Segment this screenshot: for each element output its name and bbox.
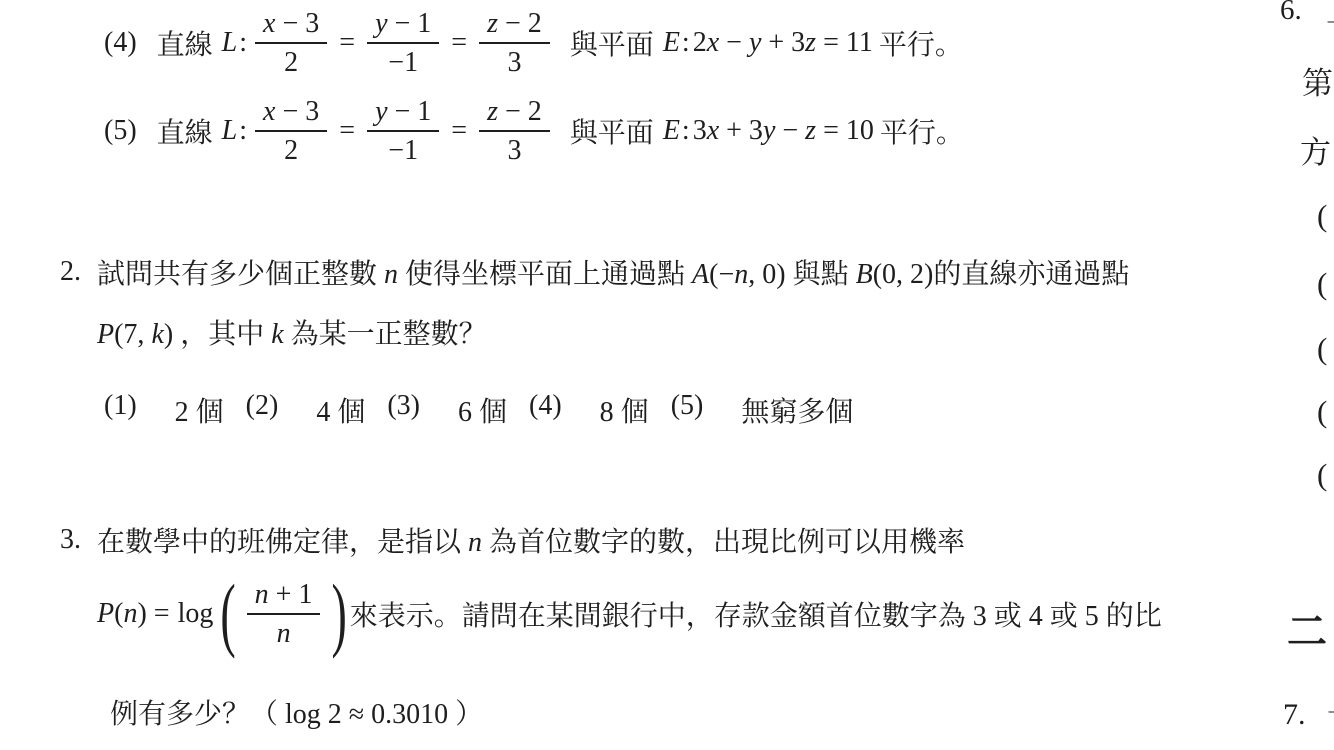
plane-variable: E bbox=[663, 115, 680, 147]
option-2: (2)4 個 bbox=[246, 390, 366, 430]
option-4-number: (4) bbox=[529, 390, 562, 430]
colon: : bbox=[682, 27, 690, 59]
option-1-number: (1) bbox=[104, 390, 137, 430]
fraction-numerator: y − 1 bbox=[367, 96, 439, 132]
fraction-y: y − 1−1 bbox=[367, 96, 439, 167]
question-2-options: (1)2 個 (2)4 個 (3)6 個 (4)8 個 (5)無窮多個 bbox=[104, 390, 875, 430]
fraction-numerator: x − 3 bbox=[255, 8, 327, 44]
item-5-middle-text: 與平面 bbox=[570, 111, 654, 151]
option-2-number: (2) bbox=[246, 390, 279, 430]
next-column-option-paren-3: ( bbox=[1317, 331, 1327, 367]
fraction-benford: n + 1n bbox=[247, 579, 321, 650]
equals-sign: = bbox=[451, 115, 467, 147]
question-3-hint: 例有多少？（ log 2 ≈ 0.3010 ） bbox=[110, 692, 483, 732]
next-column-clipped-char-top: 一 bbox=[1326, 2, 1334, 43]
colon: : bbox=[239, 27, 247, 59]
item-4-line: (4) 直線 L : x − 32 = y − 1−1 = z − 23 與平面… bbox=[104, 0, 963, 86]
item-4-tail-text: 平行。 bbox=[879, 23, 963, 63]
left-parenthesis: ( bbox=[217, 573, 238, 656]
fraction-denominator: −1 bbox=[388, 44, 418, 78]
option-5-number: (5) bbox=[671, 390, 704, 430]
fraction-numerator: y − 1 bbox=[367, 8, 439, 44]
item-4-lead-text: 直線 bbox=[157, 23, 213, 63]
right-parenthesis: ) bbox=[328, 573, 349, 656]
option-3-number: (3) bbox=[387, 390, 420, 430]
line-variable: L bbox=[222, 27, 238, 59]
fraction-numerator: n + 1 bbox=[247, 579, 321, 615]
fraction-numerator: x − 3 bbox=[255, 96, 327, 132]
question-3-number: 3. bbox=[60, 524, 81, 556]
plane-equation: 2x − y + 3z = 11 bbox=[693, 27, 873, 59]
fraction-denominator: 2 bbox=[284, 132, 298, 166]
colon: : bbox=[239, 115, 247, 147]
fraction-x: x − 32 bbox=[255, 96, 327, 167]
fraction-numerator: z − 2 bbox=[479, 96, 550, 132]
formula-lhs: P(n) = bbox=[97, 598, 170, 630]
fraction-denominator: 2 bbox=[284, 44, 298, 78]
next-column-question-7-number: 7. bbox=[1283, 698, 1306, 732]
option-4-text: 8 個 bbox=[600, 390, 649, 430]
fraction-z: z − 23 bbox=[479, 8, 550, 79]
next-column-option-paren-4: ( bbox=[1317, 394, 1327, 430]
fraction-numerator: z − 2 bbox=[479, 8, 550, 44]
option-4: (4)8 個 bbox=[529, 390, 649, 430]
equals-sign: = bbox=[339, 27, 355, 59]
next-column-question-6-number: 6. bbox=[1280, 0, 1302, 27]
fraction-denominator: 3 bbox=[507, 132, 521, 166]
next-column-option-paren-1: ( bbox=[1317, 198, 1327, 234]
option-1: (1)2 個 bbox=[104, 390, 224, 430]
question-2-number: 2. bbox=[60, 256, 81, 288]
question-3-text: 在數學中的班佛定律，是指以 n 為首位數字的數，出現比例可以用機率 bbox=[97, 520, 965, 560]
option-2-text: 4 個 bbox=[316, 390, 365, 430]
plane-variable: E bbox=[663, 27, 680, 59]
question-2-text-continued: P(7, k) ，其中 k 為某一正整數？ bbox=[97, 312, 487, 352]
question-3-formula-line: P(n) = log ( n + 1n ) 來表示。請問在某間銀行中，存款金額首… bbox=[97, 566, 1162, 662]
item-5-number: (5) bbox=[104, 115, 137, 147]
item-5-lead-text: 直線 bbox=[157, 111, 213, 151]
question-3-text-after-formula: 來表示。請問在某間銀行中，存款金額首位數字為 3 或 4 或 5 的比 bbox=[350, 594, 1162, 634]
log-function: log bbox=[178, 598, 214, 630]
question-3-line-3: 例有多少？（ log 2 ≈ 0.3010 ） bbox=[110, 692, 483, 732]
plane-equation: 3x + 3y − z = 10 bbox=[693, 115, 874, 147]
option-5: (5)無窮多個 bbox=[671, 390, 854, 430]
fraction-denominator: 3 bbox=[507, 44, 521, 78]
question-2-text: 試問共有多少個正整數 n 使得坐標平面上通過點 A(−n, 0) 與點 B(0,… bbox=[97, 252, 1129, 292]
item-4-middle-text: 與平面 bbox=[570, 23, 654, 63]
next-column-option-paren-5: ( bbox=[1317, 457, 1327, 493]
question-2-line-2: P(7, k) ，其中 k 為某一正整數？ bbox=[97, 312, 487, 352]
next-column-option-paren-2: ( bbox=[1317, 266, 1327, 302]
fraction-z: z − 23 bbox=[479, 96, 550, 167]
next-column-clipped-char-fang: 方 bbox=[1300, 127, 1331, 172]
fraction-denominator: −1 bbox=[388, 132, 418, 166]
item-5-line: (5) 直線 L : x − 32 = y − 1−1 = z − 23 與平面… bbox=[104, 88, 964, 174]
item-4-number: (4) bbox=[104, 27, 137, 59]
document-page: { "meta": { "background": "#ffffff", "te… bbox=[0, 0, 1334, 750]
option-3: (3)6 個 bbox=[387, 390, 507, 430]
option-1-text: 2 個 bbox=[175, 390, 224, 430]
fraction-y: y − 1−1 bbox=[367, 8, 439, 79]
next-column-section-numeral: 二 bbox=[1287, 600, 1327, 657]
equals-sign: = bbox=[339, 115, 355, 147]
item-5-tail-text: 平行。 bbox=[880, 111, 964, 151]
fraction-denominator: n bbox=[277, 615, 291, 649]
option-3-text: 6 個 bbox=[458, 390, 507, 430]
line-variable: L bbox=[222, 115, 238, 147]
question-3-line-1: 3. 在數學中的班佛定律，是指以 n 為首位數字的數，出現比例可以用機率 bbox=[60, 520, 965, 560]
next-column-clipped-char-di: 第 bbox=[1302, 58, 1333, 103]
fraction-x: x − 32 bbox=[255, 8, 327, 79]
equals-sign: = bbox=[451, 27, 467, 59]
question-2-line-1: 2. 試問共有多少個正整數 n 使得坐標平面上通過點 A(−n, 0) 與點 B… bbox=[60, 252, 1129, 292]
option-5-text: 無窮多個 bbox=[741, 390, 853, 430]
colon: : bbox=[682, 115, 690, 147]
next-column-clipped-char-bottom: 一 bbox=[1327, 692, 1334, 733]
